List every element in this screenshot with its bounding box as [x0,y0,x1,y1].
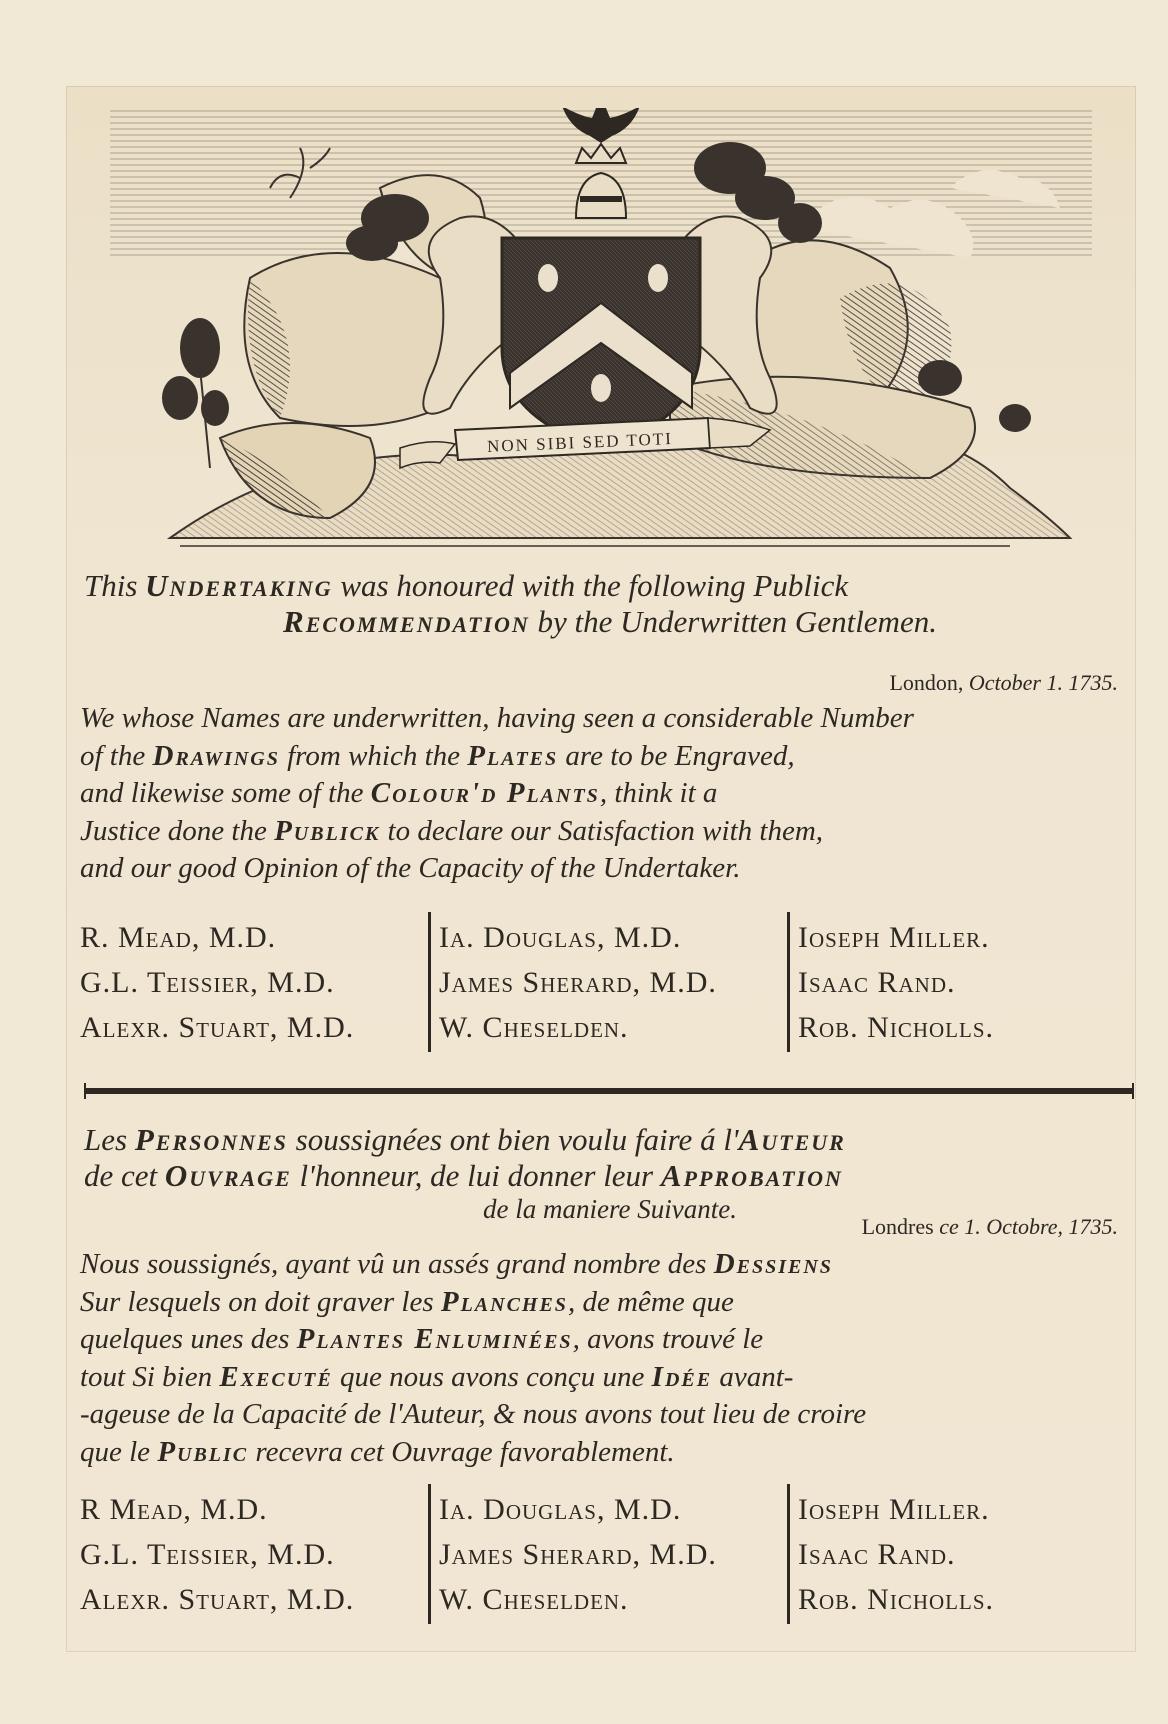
emphasis-text: Idée [652,1361,712,1393]
text-run: que nous avons conçu une [333,1361,652,1393]
signatory-name: Rob. Nicholls. [798,1580,1118,1620]
paragraph-line: We whose Names are underwritten, having … [80,700,1140,738]
paragraph-line: of the Drawings from which the Plates ar… [80,738,1140,776]
french-paragraph: Nous soussignés, ayant vû un assés grand… [80,1246,1140,1471]
paragraph-line: Sur lesquels on doit graver les Planches… [80,1284,1140,1322]
text-run: This [84,568,145,603]
emphasis-text: Public [157,1436,248,1468]
english-paragraph: We whose Names are underwritten, having … [80,700,1140,888]
signatory-name: Rob. Nicholls. [798,1008,1118,1048]
signatory-name: R. Mead, M.D. [80,918,420,958]
french-heading: Les Personnes soussignées ont bien voulu… [80,1122,1140,1224]
signatory-column-1: R Mead, M.D. G.L. Teissier, M.D. Alexr. … [80,1484,420,1624]
paragraph-line: Justice done the Publick to declare our … [80,813,1140,851]
signatory-column-2: Ia. Douglas, M.D. James Sherard, M.D. W.… [439,912,779,1052]
section-divider-rule [84,1088,1134,1094]
french-heading-line2: de cet Ouvrage l'honneur, de lui donner … [80,1158,1140,1194]
french-heading-line1: Les Personnes soussignées ont bien voulu… [80,1122,1140,1158]
french-date: Londres ce 1. Octobre, 1735. [862,1214,1118,1240]
coat-of-arms-illustration: NON SIBI SED TOTI [110,108,1092,548]
text-run: Les [84,1122,135,1157]
emphasis-text: Plantes Enluminées [297,1323,573,1355]
text-run: Nous soussignés, ayant vû un assés grand… [80,1248,714,1280]
date-place: Londres [862,1214,934,1239]
emphasis-text: Undertaking [145,568,332,603]
signatory-name: G.L. Teissier, M.D. [80,1535,420,1575]
text-run: quelques unes des [80,1323,297,1355]
column-divider [787,1484,790,1624]
paragraph-line: quelques unes des Plantes Enluminées, av… [80,1321,1140,1359]
french-signatories: R Mead, M.D. G.L. Teissier, M.D. Alexr. … [80,1484,1120,1624]
paragraph-line: que le Public recevra cet Ouvrage favora… [80,1434,1140,1472]
emphasis-text: Personnes [135,1122,288,1157]
emphasis-text: Publick [274,815,380,847]
emphasis-text: Recommendation [283,604,530,639]
signatory-name: Alexr. Stuart, M.D. [80,1580,420,1620]
text-run: by the Underwritten Gentlemen. [530,604,937,639]
emphasis-text: Colour'd Plants [371,777,600,809]
signatory-name: G.L. Teissier, M.D. [80,963,420,1003]
text-run: -ageuse de la Capacité de l'Auteur, & no… [80,1398,866,1430]
signatory-name: Isaac Rand. [798,1535,1118,1575]
english-heading-line2: Recommendation by the Underwritten Gentl… [80,604,1140,640]
signatory-name: Ia. Douglas, M.D. [439,918,779,958]
text-run: Justice done the [80,815,274,847]
text-run: and likewise some of the [80,777,371,809]
signatory-column-2: Ia. Douglas, M.D. James Sherard, M.D. W.… [439,1484,779,1624]
text-run: , avons trouvé le [573,1323,764,1355]
text-run: que le [80,1436,157,1468]
paragraph-line: and our good Opinion of the Capacity of … [80,850,1140,888]
emphasis-text: Planches [441,1286,568,1318]
emphasis-text: Dessiens [714,1248,833,1280]
signatory-name: R Mead, M.D. [80,1490,420,1530]
text-run: l'honneur, de lui donner leur [292,1158,661,1193]
signatory-name: Ioseph Miller. [798,918,1118,958]
text-run: from which the [280,740,467,772]
column-divider [428,912,431,1052]
text-run: avant- [712,1361,793,1393]
paragraph-line: Nous soussignés, ayant vû un assés grand… [80,1246,1140,1284]
column-divider [428,1484,431,1624]
signatory-name: James Sherard, M.D. [439,1535,779,1575]
text-run: tout Si bien [80,1361,219,1393]
column-divider [787,912,790,1052]
emphasis-text: Approbation [661,1158,843,1193]
text-run: , think it a [600,777,718,809]
emphasis-text: Auteur [739,1122,846,1157]
paragraph-line: -ageuse de la Capacité de l'Auteur, & no… [80,1396,1140,1434]
text-run: was honoured with the following Publick [333,568,849,603]
emphasis-text: Drawings [153,740,280,772]
signatory-name: Alexr. Stuart, M.D. [80,1008,420,1048]
english-heading-line1: This Undertaking was honoured with the f… [80,568,1140,604]
text-run: of the [80,740,153,772]
signatory-name: James Sherard, M.D. [439,963,779,1003]
paragraph-line: tout Si bien Executé que nous avons conç… [80,1359,1140,1397]
signatory-name: Ia. Douglas, M.D. [439,1490,779,1530]
date-day: October 1. 1735. [969,670,1118,695]
english-date: London, October 1. 1735. [889,670,1118,696]
signatory-name: Ioseph Miller. [798,1490,1118,1530]
date-place: London, [889,670,963,695]
date-day: ce 1. Octobre, 1735. [939,1214,1118,1239]
paragraph-line: and likewise some of the Colour'd Plants… [80,775,1140,813]
armorial-engraving: NON SIBI SED TOTI [110,108,1092,548]
text-run: are to be Engraved, [558,740,795,772]
signatory-column-1: R. Mead, M.D. G.L. Teissier, M.D. Alexr.… [80,912,420,1052]
signatory-column-3: Ioseph Miller. Isaac Rand. Rob. Nicholls… [798,1484,1118,1624]
text-run: Sur lesquels on doit graver les [80,1286,441,1318]
text-run: We whose Names are underwritten, having … [80,702,914,734]
emphasis-text: Plates [467,740,558,772]
signatory-column-3: Ioseph Miller. Isaac Rand. Rob. Nicholls… [798,912,1118,1052]
text-run: to declare our Satisfaction with them, [380,815,823,847]
text-run: recevra cet Ouvrage favorablement. [248,1436,675,1468]
emphasis-text: Executé [219,1361,332,1393]
english-signatories: R. Mead, M.D. G.L. Teissier, M.D. Alexr.… [80,912,1120,1052]
text-run: , de même que [568,1286,734,1318]
text-run: de cet [84,1158,165,1193]
signatory-name: W. Cheselden. [439,1008,779,1048]
emphasis-text: Ouvrage [165,1158,292,1193]
text-run: de la maniere Suivante. [483,1194,737,1224]
english-heading: This Undertaking was honoured with the f… [80,568,1140,640]
text-run: soussignées ont bien voulu faire á l' [288,1122,739,1157]
signatory-name: Isaac Rand. [798,963,1118,1003]
signatory-name: W. Cheselden. [439,1580,779,1620]
text-run: and our good Opinion of the Capacity of … [80,852,741,884]
